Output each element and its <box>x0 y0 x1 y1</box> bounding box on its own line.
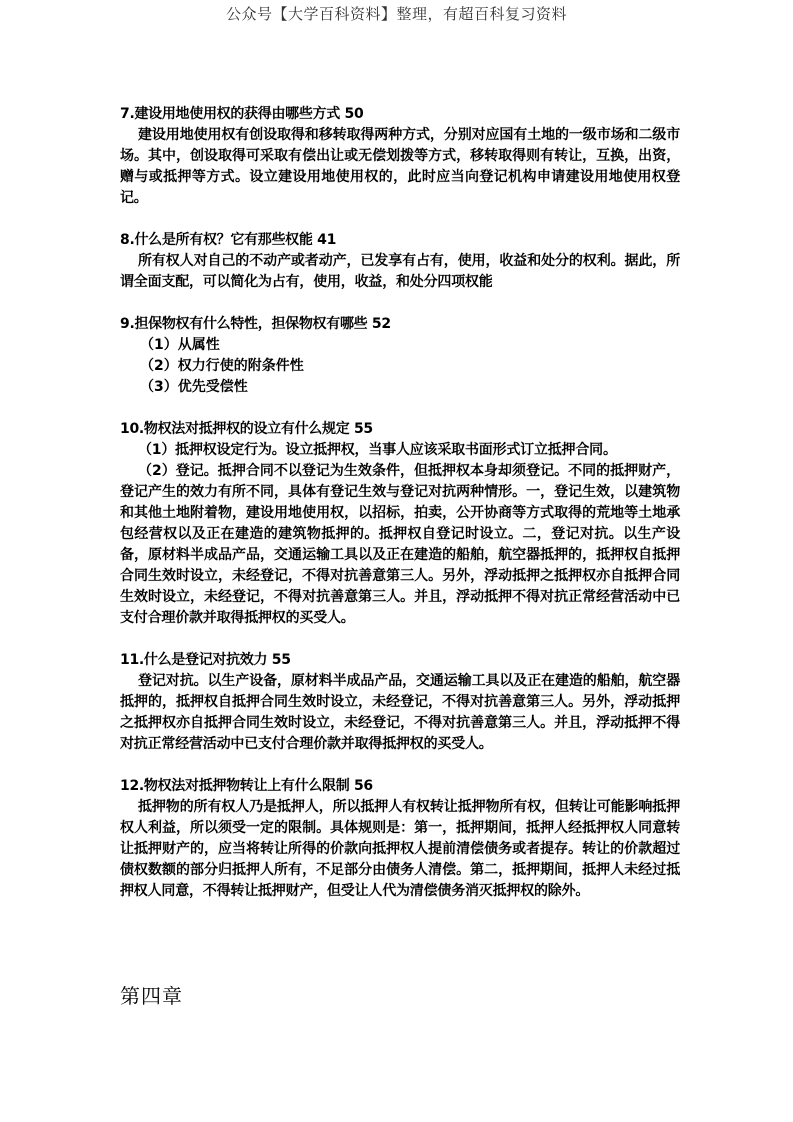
question-title: 11.什么是登记对抗效力 55 <box>120 650 680 671</box>
question-7: 7.建设用地使用权的获得由哪些方式 50 建设用地使用权有创设取得和移转取得两种… <box>120 104 680 209</box>
list-item: （1）从属性 <box>120 335 680 356</box>
page-header: 公众号【大学百科资料】整理，有超百科复习资料 <box>0 3 793 24</box>
list-item: （3）优先受偿性 <box>120 377 680 398</box>
question-title: 10.物权法对抵押权的设立有什么规定 55 <box>120 419 680 440</box>
question-9: 9.担保物权有什么特性，担保物权有哪些 52 （1）从属性 （2）权力行使的附条… <box>120 314 680 398</box>
question-10: 10.物权法对抵押权的设立有什么规定 55 （1）抵押权设定行为。设立抵押权，当… <box>120 419 680 629</box>
answer-paragraph: 所有权人对自己的不动产或者动产，已发享有占有，使用，收益和处分的权利。据此，所谓… <box>120 251 680 293</box>
question-11: 11.什么是登记对抗效力 55 登记对抗。以生产设备，原材料半成品产品，交通运输… <box>120 650 680 755</box>
question-title: 12.物权法对抵押物转让上有什么限制 56 <box>120 776 680 797</box>
question-title: 7.建设用地使用权的获得由哪些方式 50 <box>120 104 680 125</box>
question-title: 8.什么是所有权？它有那些权能 41 <box>120 230 680 251</box>
list-item: （2）权力行使的附条件性 <box>120 356 680 377</box>
document-body: 7.建设用地使用权的获得由哪些方式 50 建设用地使用权有创设取得和移转取得两种… <box>120 104 680 923</box>
answer-paragraph: 登记对抗。以生产设备，原材料半成品产品，交通运输工具以及正在建造的船舶，航空器抵… <box>120 671 680 755</box>
question-8: 8.什么是所有权？它有那些权能 41 所有权人对自己的不动产或者动产，已发享有占… <box>120 230 680 293</box>
question-title: 9.担保物权有什么特性，担保物权有哪些 52 <box>120 314 680 335</box>
answer-paragraph: 抵押物的所有权人乃是抵押人，所以抵押人有权转让抵押物所有权，但转让可能影响抵押权… <box>120 797 680 902</box>
answer-paragraph: 建设用地使用权有创设取得和移转取得两种方式，分别对应国有土地的一级市场和二级市场… <box>120 125 680 209</box>
answer-paragraph: （1）抵押权设定行为。设立抵押权，当事人应该采取书面形式订立抵押合同。 <box>120 440 680 461</box>
question-12: 12.物权法对抵押物转让上有什么限制 56 抵押物的所有权人乃是抵押人，所以抵押… <box>120 776 680 902</box>
answer-paragraph: （2）登记。抵押合同不以登记为生效条件，但抵押权本身却须登记。不同的抵押财产，登… <box>120 461 680 629</box>
chapter-heading: 第四章 <box>120 980 183 1009</box>
